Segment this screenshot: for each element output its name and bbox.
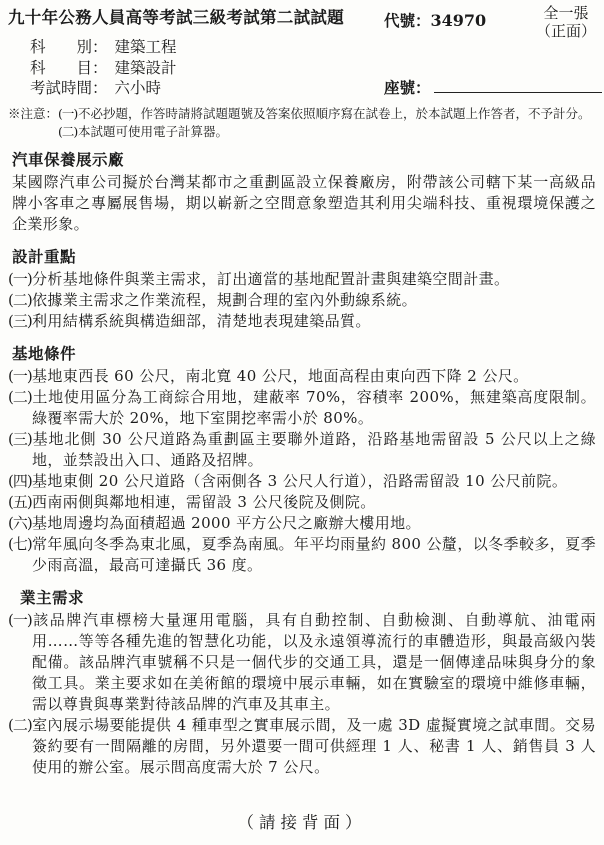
item-text: 基地北側 30 公尺道路為重劃區主要聯外道路，沿路基地需留設 5 公尺以上之綠地… xyxy=(32,430,596,469)
exam-code-value: 34970 xyxy=(431,11,487,30)
notice-item: (一)不必抄題，作答時請將試題題號及答案依照順序寫在試卷上，於本試題上作答者，不… xyxy=(58,105,591,123)
item-text: 依據業主需求之作業流程，規劃合理的室內外動線系統。 xyxy=(32,291,417,309)
list-item: (二)依據業主需求之作業流程，規劃合理的室內外動線系統。 xyxy=(8,290,596,311)
field-separator: ： xyxy=(92,59,108,77)
side-label: （正面） xyxy=(536,23,596,41)
exam-paper-page: 九十年公務人員高等考試三級考試第二試試題 代號：34970 全一張 （正面） 科… xyxy=(0,0,604,845)
section-heading: 業主需求 xyxy=(20,587,596,608)
field-label: 科 別 xyxy=(30,38,92,56)
field-value: 六小時 xyxy=(115,79,162,97)
sheet-info: 全一張 （正面） xyxy=(536,5,596,40)
notice-label: ※注意： xyxy=(8,105,58,140)
seat-underline xyxy=(434,78,602,93)
section-paragraph: 某國際汽車公司擬於台灣某都市之重劃區設立保養廠房，附帶該公司轄下某一高級品牌小客… xyxy=(12,172,596,235)
document-body: 汽車保養展示廠 某國際汽車公司擬於台灣某都市之重劃區設立保養廠房，附帶該公司轄下… xyxy=(8,143,596,778)
notice-item-marker: (二) xyxy=(58,123,78,141)
item-text: 基地東西長 60 公尺，南北寬 40 公尺，地面高程由東向西下降 2 公尺。 xyxy=(32,367,529,385)
item-text: 分析基地條件與業主需求，訂出適當的基地配置計畫與建築空間計畫。 xyxy=(32,270,509,288)
section-client-requirements: 業主需求 (一)該品牌汽車標榜大量運用電腦，具有自動控制、自動檢測、自動導航、油… xyxy=(8,587,596,778)
item-text: 室內展示場要能提供 4 種車型之實車展示間，及一處 3D 虛擬實境之試車間。交易… xyxy=(32,716,596,776)
field-row-subject: 科 目：建築設計 xyxy=(30,58,177,79)
list-item: (四)基地東側 20 公尺道路（含兩側各 3 公尺人行道），沿路需留設 10 公… xyxy=(8,471,596,492)
item-marker: (四) xyxy=(8,471,32,492)
list-item: (七)常年風向冬季為東北風，夏季為南風。年平均雨量約 800 公釐，以冬季較多，… xyxy=(8,534,596,576)
item-text: 常年風向冬季為東北風，夏季為南風。年平均雨量約 800 公釐，以冬季較多，夏季少… xyxy=(32,535,596,574)
item-marker: (三) xyxy=(8,429,32,450)
item-marker: (一) xyxy=(8,269,32,290)
field-row-category: 科 別：建築工程 xyxy=(30,37,177,58)
notice-item: (二)本試題可使用電子計算器。 xyxy=(58,123,591,141)
page-title: 九十年公務人員高等考試三級考試第二試試題 xyxy=(8,7,380,29)
seat-number: 座號： xyxy=(384,76,602,98)
field-label: 考試時間 xyxy=(30,79,92,97)
list-item: (一)分析基地條件與業主需求，訂出適當的基地配置計畫與建築空間計畫。 xyxy=(8,269,596,290)
section-vehicle-showroom: 汽車保養展示廠 某國際汽車公司擬於台灣某都市之重劃區設立保養廠房，附帶該公司轄下… xyxy=(8,149,596,235)
list-item: (二)土地使用區分為工商綜合用地，建蔽率 70%，容積率 200%，無建築高度限… xyxy=(8,387,596,429)
exam-fields: 科 別：建築工程 科 目：建築設計 考試時間：六小時 xyxy=(30,37,177,99)
field-label: 科 目 xyxy=(30,59,92,77)
field-row-duration: 考試時間：六小時 xyxy=(30,78,177,99)
footer-note: （請接背面） xyxy=(0,809,604,833)
item-marker: (一) xyxy=(8,366,32,387)
list-item: (六)基地周邊均為面積超過 2000 平方公尺之廠辦大樓用地。 xyxy=(8,513,596,534)
item-text: 西南兩側與鄰地相連，需留設 3 公尺後院及側院。 xyxy=(32,493,376,511)
field-separator: ： xyxy=(92,79,108,97)
item-marker: (七) xyxy=(8,534,32,555)
notice-item-text: 本試題可使用電子計算器。 xyxy=(78,124,228,139)
field-value: 建築設計 xyxy=(115,59,177,77)
seat-label: 座號： xyxy=(384,78,431,97)
list-item: (二)室內展示場要能提供 4 種車型之實車展示間，及一處 3D 虛擬實境之試車間… xyxy=(8,715,596,778)
copies-label: 全一張 xyxy=(536,5,596,23)
section-site-conditions: 基地條件 (一)基地東西長 60 公尺，南北寬 40 公尺，地面高程由東向西下降… xyxy=(8,343,596,576)
field-separator: ： xyxy=(92,38,108,56)
section-heading: 汽車保養展示廠 xyxy=(12,149,596,170)
section-heading: 基地條件 xyxy=(12,343,596,364)
item-marker: (二) xyxy=(8,387,32,408)
notice-item-marker: (一) xyxy=(58,105,78,123)
item-marker: (三) xyxy=(8,311,32,332)
section-design-points: 設計重點 (一)分析基地條件與業主需求，訂出適當的基地配置計畫與建築空間計畫。 … xyxy=(8,246,596,332)
notice-item-text: 不必抄題，作答時請將試題題號及答案依照順序寫在試卷上，於本試題上作答者，不予計分… xyxy=(78,106,591,121)
exam-code-label: 代號： xyxy=(384,11,431,30)
field-value: 建築工程 xyxy=(115,38,177,56)
exam-code: 代號：34970 xyxy=(384,9,486,31)
list-item: (一)該品牌汽車標榜大量運用電腦，具有自動控制、自動檢測、自動導航、油電兩用……… xyxy=(8,610,596,715)
item-marker: (一) xyxy=(8,610,32,631)
notice-items: (一)不必抄題，作答時請將試題題號及答案依照順序寫在試卷上，於本試題上作答者，不… xyxy=(58,105,591,140)
item-marker: (二) xyxy=(8,290,32,311)
list-item: (三)利用結構系統與構造細部，清楚地表現建築品質。 xyxy=(8,311,596,332)
item-text: 基地東側 20 公尺道路（含兩側各 3 公尺人行道），沿路需留設 10 公尺前院… xyxy=(32,472,567,490)
item-text: 土地使用區分為工商綜合用地，建蔽率 70%，容積率 200%，無建築高度限制。綠… xyxy=(32,388,596,427)
item-marker: (六) xyxy=(8,513,32,534)
section-heading: 設計重點 xyxy=(12,246,596,267)
list-item: (五)西南兩側與鄰地相連，需留設 3 公尺後院及側院。 xyxy=(8,492,596,513)
item-marker: (五) xyxy=(8,492,32,513)
item-text: 基地周邊均為面積超過 2000 平方公尺之廠辦大樓用地。 xyxy=(32,514,421,532)
item-text: 利用結構系統與構造細部，清楚地表現建築品質。 xyxy=(32,312,371,330)
item-marker: (二) xyxy=(8,715,32,736)
notice: ※注意： (一)不必抄題，作答時請將試題題號及答案依照順序寫在試卷上，於本試題上… xyxy=(8,105,596,140)
item-text: 該品牌汽車標榜大量運用電腦，具有自動控制、自動檢測、自動導航、油電兩用……等等各… xyxy=(32,611,596,713)
list-item: (一)基地東西長 60 公尺，南北寬 40 公尺，地面高程由東向西下降 2 公尺… xyxy=(8,366,596,387)
list-item: (三)基地北側 30 公尺道路為重劃區主要聯外道路，沿路基地需留設 5 公尺以上… xyxy=(8,429,596,471)
